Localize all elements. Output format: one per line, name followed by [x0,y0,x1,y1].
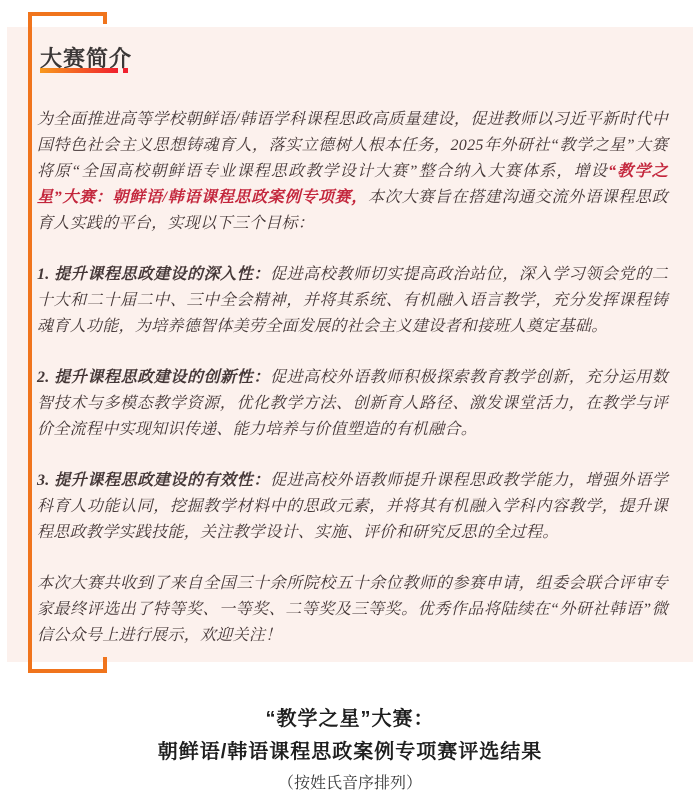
accent-frame-top-corner [28,12,107,24]
results-title-line1: “教学之星”大赛： [0,703,700,736]
title-underline-dot [123,68,128,73]
title-underline [40,68,118,73]
goal-1-lead: 1. 提升课程思政建设的深入性： [37,266,270,283]
results-title-line2: 朝鲜语/韩语课程思政案例专项赛评选结果 [0,736,700,769]
results-heading-block: “教学之星”大赛： 朝鲜语/韩语课程思政案例专项赛评选结果 （按姓氏音序排列） [0,703,700,794]
goal-2-lead: 2. 提升课程思政建设的创新性： [37,369,270,386]
intro-card-body: 为全面推进高等学校朝鲜语/韩语学科课程思政高质量建设，促进教师以习近平新时代中国… [37,107,668,674]
closing-paragraph: 本次大赛共收到了来自全国三十余所院校五十余位教师的参赛申请，组委会联合评审专家最… [37,571,668,649]
goal-item-2: 2. 提升课程思政建设的创新性：促进高校外语教师积极探索教育教学创新，充分运用数… [37,365,668,443]
goal-item-1: 1. 提升课程思政建设的深入性：促进高校教师切实提高政治站位，深入学习领会党的二… [37,262,668,340]
goal-item-3: 3. 提升课程思政建设的有效性：促进高校外语教师提升课程思政教学能力，增强外语学… [37,468,668,546]
goal-3-lead: 3. 提升课程思政建设的有效性： [37,472,270,489]
intro-text-pre: 为全面推进高等学校朝鲜语/韩语学科课程思政高质量建设，促进教师以习近平新时代中国… [37,111,668,180]
results-sort-note: （按姓氏音序排列） [0,774,700,794]
intro-paragraph: 为全面推进高等学校朝鲜语/韩语学科课程思政高质量建设，促进教师以习近平新时代中国… [37,107,668,237]
accent-frame-left [28,12,32,673]
